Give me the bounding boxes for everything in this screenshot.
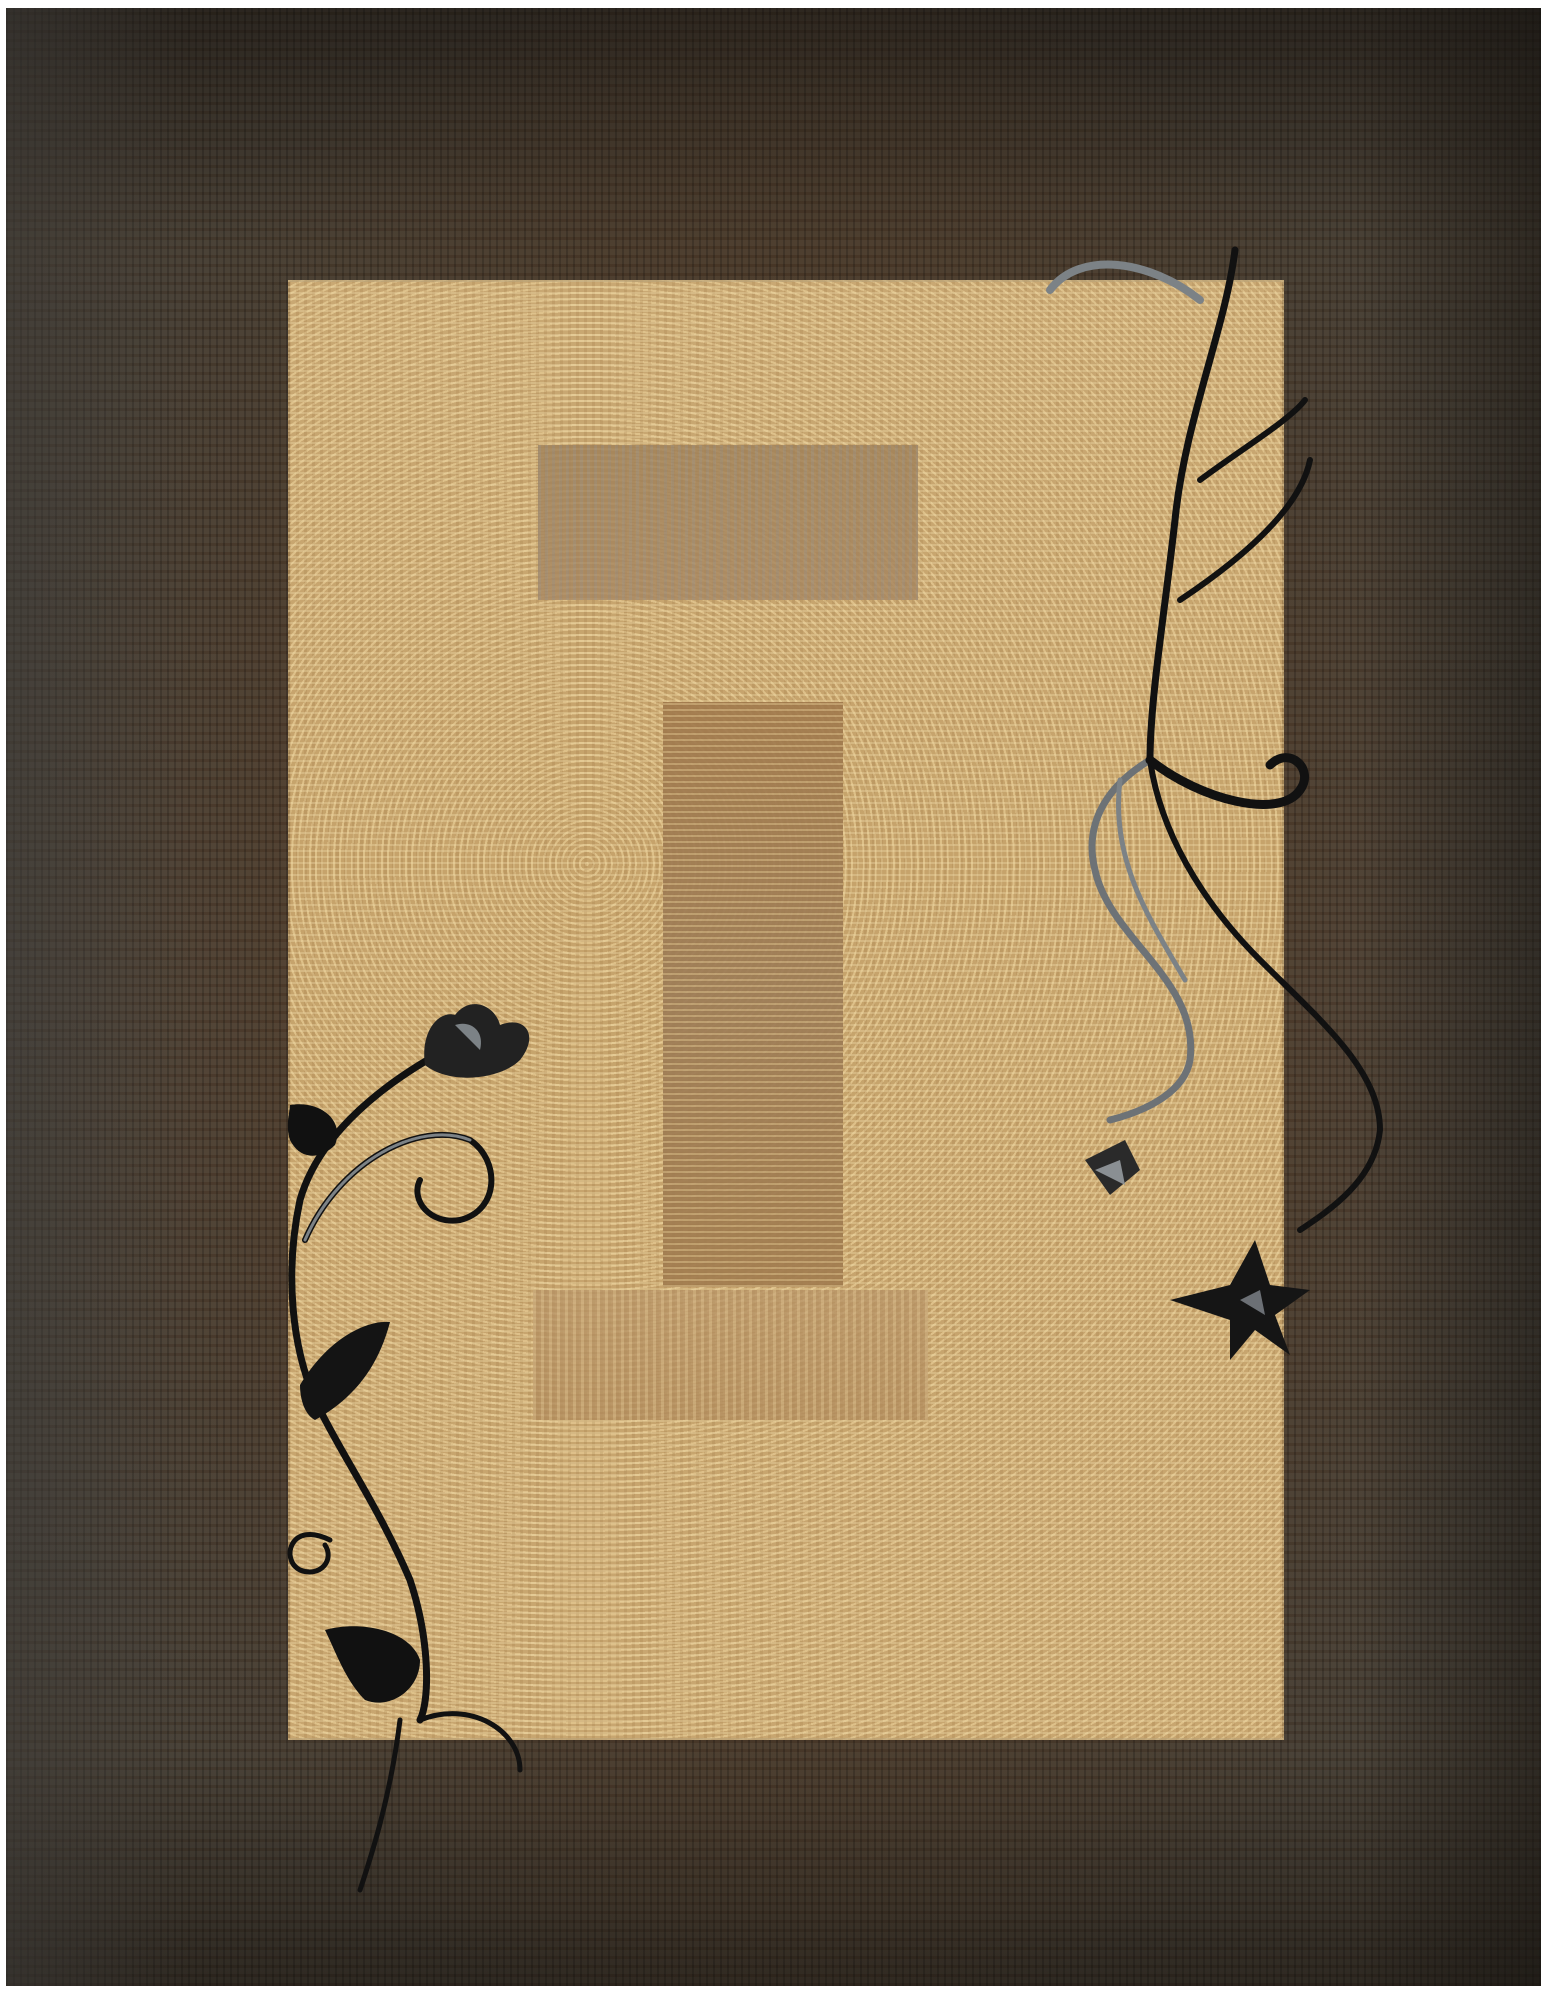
top-panel — [538, 445, 918, 600]
middle-panel — [663, 702, 843, 1287]
rug-border — [6, 8, 1541, 1986]
bottom-panel — [533, 1290, 928, 1420]
rug-field — [288, 280, 1284, 1740]
